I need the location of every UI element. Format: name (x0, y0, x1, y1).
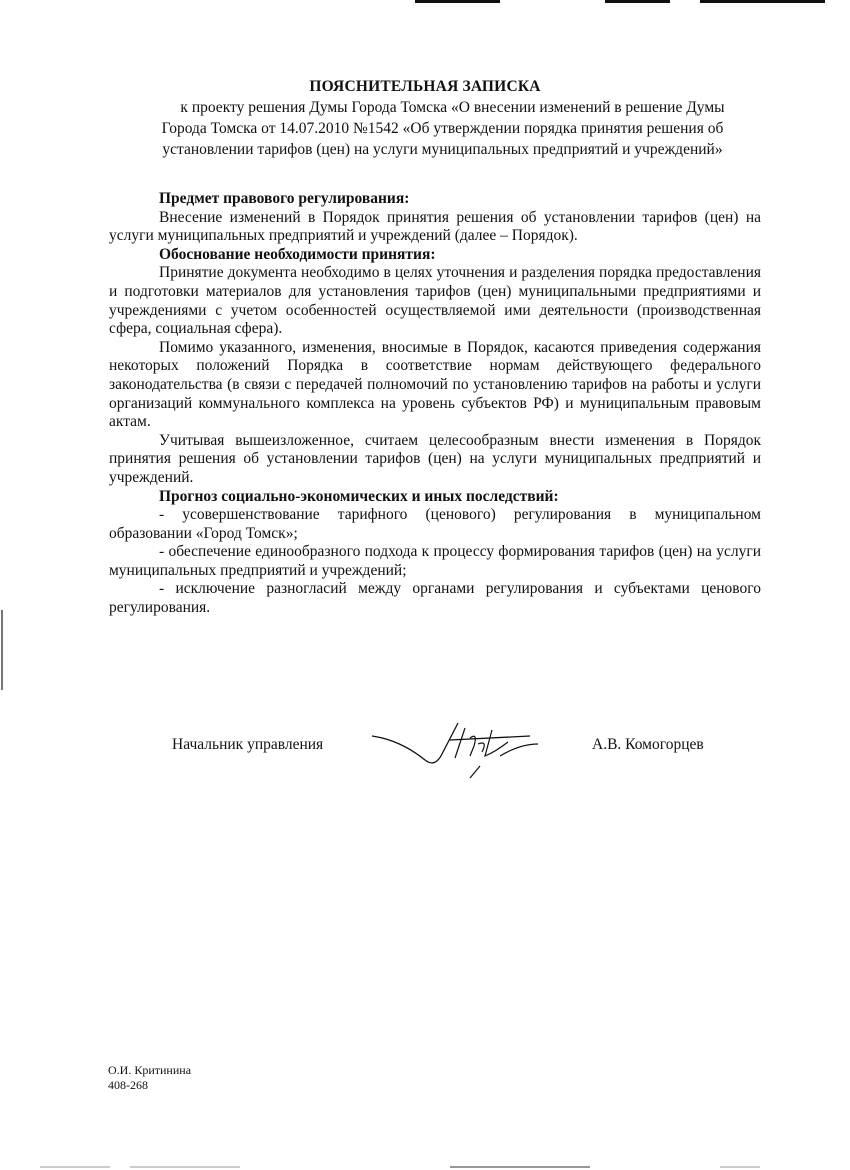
scan-artifact (40, 1166, 110, 1168)
scan-artifact (415, 0, 500, 3)
list-item: - обеспечение единообразного подхода к п… (109, 543, 761, 580)
signer-name: А.В. Комогорцев (592, 736, 704, 754)
paragraph: Принятие документа необходимо в целях ут… (109, 264, 761, 338)
document-title: ПОЯСНИТЕЛЬНАЯ ЗАПИСКА (0, 78, 850, 96)
scan-artifact (700, 0, 825, 3)
scan-artifact (450, 1166, 590, 1168)
handwritten-signature-icon (370, 718, 540, 788)
list-item: - усовершенствование тарифного (ценового… (109, 506, 761, 543)
executor-info: О.И. Критинина 408-268 (108, 1063, 191, 1093)
paragraph: Внесение изменений в Порядок принятия ре… (109, 209, 761, 246)
executor-phone: 408-268 (108, 1078, 191, 1093)
section-heading: Прогноз социально-экономических и иных п… (109, 488, 761, 507)
executor-name: О.И. Критинина (108, 1063, 191, 1078)
list-item: - исключение разногласий между органами … (109, 580, 761, 617)
subtitle-line: Города Томска от 14.07.2010 №1542 «Об ут… (115, 118, 770, 139)
paragraph: Помимо указанного, изменения, вносимые в… (109, 339, 761, 432)
document-body: Предмет правового регулирования: Внесени… (109, 190, 761, 618)
paragraph: Учитывая вышеизложенное, считаем целесоо… (109, 432, 761, 488)
scan-artifact (605, 0, 670, 3)
signer-role: Начальник управления (172, 736, 323, 754)
section-heading: Предмет правового регулирования: (109, 190, 761, 209)
signature-block: Начальник управления А.В. Комогорцев (0, 736, 850, 796)
scan-artifact (130, 1166, 240, 1168)
scan-artifact (720, 1166, 760, 1168)
section-heading: Обоснование необходимости принятия: (109, 246, 761, 265)
scan-artifact (1, 610, 3, 690)
subtitle-line: установлении тарифов (цен) на услуги мун… (115, 139, 770, 160)
subtitle-line: к проекту решения Думы Города Томска «О … (115, 97, 770, 118)
document-subtitle: к проекту решения Думы Города Томска «О … (115, 97, 770, 160)
scanned-page: ПОЯСНИТЕЛЬНАЯ ЗАПИСКА к проекту решения … (0, 0, 850, 1170)
